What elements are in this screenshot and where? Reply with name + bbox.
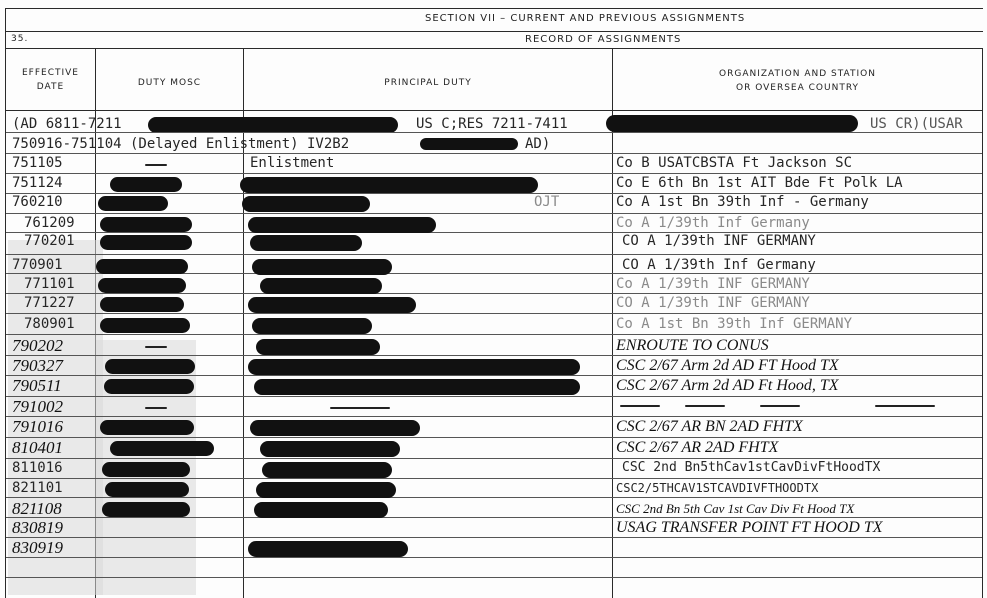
row-organization: Co A 1st Bn 39th Inf - Germany <box>616 194 869 210</box>
row-rule <box>6 132 982 133</box>
redaction-bar <box>110 441 214 456</box>
row-effective-date: 830919 <box>12 539 63 557</box>
redaction-bar <box>256 482 396 498</box>
row-rule <box>6 577 982 578</box>
redaction-bar <box>248 297 416 313</box>
row-rule <box>6 497 982 498</box>
header-organization: ORGANIZATION AND STATION OR OVERSEA COUN… <box>613 67 982 95</box>
redaction-bar <box>148 117 398 133</box>
row-organization: Co A 1/39th INF GERMANY <box>616 276 810 292</box>
row-effective-date: 780901 <box>24 316 75 332</box>
row-rule <box>6 232 982 233</box>
row-organization: CSC 2/67 Arm 2d AD Ft Hood, TX <box>616 377 839 395</box>
row-organization: CSC 2/67 AR BN 2AD FHTX <box>616 418 803 436</box>
redaction-bar <box>98 196 168 211</box>
row-rule <box>6 254 982 255</box>
row-rule <box>6 478 982 479</box>
row-mosc-dash <box>145 346 167 348</box>
row-organization: CO A 1/39th INF GERMANY <box>616 295 810 311</box>
row-duty-dash <box>330 407 390 409</box>
row-rule <box>6 355 982 356</box>
section-title: SECTION VII – CURRENT AND PREVIOUS ASSIG… <box>425 13 745 24</box>
redaction-bar <box>98 278 186 293</box>
row-effective-date: 771101 <box>24 276 75 292</box>
redaction-bar <box>256 339 380 355</box>
row-rule <box>6 537 982 538</box>
row-organization: USAG TRANSFER POINT FT HOOD TX <box>616 519 883 537</box>
row-organization: ENROUTE TO CONUS <box>616 337 769 355</box>
row-effective-date: 821108 <box>12 500 62 518</box>
row-rule <box>6 213 982 214</box>
row-org-dash <box>875 405 935 407</box>
top-border <box>5 8 983 9</box>
row-effective-date: 751105 <box>12 155 63 171</box>
redaction-bar <box>102 502 190 517</box>
row-effective-date: 751124 <box>12 175 63 191</box>
row-org-dash <box>620 405 660 407</box>
redaction-bar <box>240 177 538 193</box>
prior-service-line2-left: 750916-751104 (Delayed Enlistment) IV2B2 <box>12 136 349 152</box>
row-organization: CO A 1/39th Inf Germany <box>622 257 816 273</box>
row-effective-date: 790327 <box>12 357 63 375</box>
row-effective-date: 811016 <box>12 460 63 476</box>
row-effective-date: 761209 <box>24 215 75 231</box>
redaction-bar <box>96 259 188 274</box>
assignment-record-form: SECTION VII – CURRENT AND PREVIOUS ASSIG… <box>0 0 987 598</box>
row-organization: CSC 2nd Bn 5th Cav 1st Cav Div Ft Hood T… <box>616 500 854 518</box>
row-organization: CO A 1/39th INF GERMANY <box>622 233 816 249</box>
row-organization: Co B USATCBSTA Ft Jackson SC <box>616 155 852 171</box>
row-effective-date: 771227 <box>24 295 75 311</box>
left-border <box>5 8 6 598</box>
row-effective-date: 790202 <box>12 337 63 355</box>
row-rule <box>6 375 982 376</box>
prior-service-line1-mid: US C;RES 7211-7411 <box>416 116 568 132</box>
header-duty-mosc: DUTY MOSC <box>96 76 243 90</box>
redaction-bar <box>100 420 194 435</box>
section-divider <box>5 31 983 32</box>
row-effective-date: 791002 <box>12 398 63 416</box>
redaction-bar <box>100 235 192 250</box>
redaction-bar <box>102 462 190 477</box>
row-organization: CSC 2/67 Arm 2d AD FT Hood TX <box>616 357 839 375</box>
redaction-bar <box>420 138 518 150</box>
row-effective-date: 830819 <box>12 519 63 537</box>
redaction-bar <box>254 502 388 518</box>
right-border <box>982 48 983 598</box>
row-effective-date: 821101 <box>12 480 63 496</box>
row-effective-date: 770201 <box>24 233 75 249</box>
header-bottom <box>5 110 983 111</box>
redaction-bar <box>248 541 408 557</box>
redaction-bar <box>252 259 392 275</box>
header-effective-date: EFFECTIVE DATE <box>6 66 95 94</box>
redaction-bar <box>105 482 189 497</box>
row-rule <box>6 396 982 397</box>
redaction-bar <box>262 462 392 478</box>
prior-service-line1-right: US CR)(USAR <box>870 116 963 132</box>
redaction-bar <box>100 217 192 232</box>
row-rule <box>6 334 982 335</box>
row-organization: Co A 1/39th Inf Germany <box>616 215 810 231</box>
row-effective-date: 790511 <box>12 377 62 395</box>
redaction-bar <box>248 359 580 375</box>
row-effective-date: 770901 <box>12 257 63 273</box>
row-organization: Co E 6th Bn 1st AIT Bde Ft Polk LA <box>616 175 903 191</box>
redaction-bar <box>105 359 195 374</box>
header-principal-duty: PRINCIPAL DUTY <box>244 76 612 90</box>
redaction-bar <box>100 318 190 333</box>
prior-service-line2-right: AD) <box>525 136 550 152</box>
row-mosc-dash <box>145 407 167 409</box>
record-title: RECORD OF ASSIGNMENTS <box>525 34 681 45</box>
row-org-dash <box>685 405 725 407</box>
item-number: 35. <box>11 34 28 44</box>
row-organization: CSC2/5THCAV1STCAVDIVFTHOODTX <box>616 480 818 496</box>
redaction-bar <box>250 235 362 251</box>
redaction-bar <box>606 115 858 132</box>
row-organization: Co A 1st Bn 39th Inf GERMANY <box>616 316 852 332</box>
row-mosc-dash <box>145 164 167 166</box>
redaction-bar <box>100 297 184 312</box>
redaction-bar <box>242 196 370 212</box>
record-divider <box>5 48 983 49</box>
row-org-dash <box>760 405 800 407</box>
redaction-bar <box>260 278 382 294</box>
prior-service-line1-left: (AD 6811-7211 <box>12 116 122 132</box>
redaction-bar <box>110 177 182 192</box>
row-effective-date: 791016 <box>12 418 63 436</box>
row-organization: CSC 2/67 AR 2AD FHTX <box>616 439 778 457</box>
row-rule <box>6 293 982 294</box>
row-rule <box>6 416 982 417</box>
row-rule <box>6 173 982 174</box>
redaction-bar <box>248 217 436 233</box>
row-effective-date: 760210 <box>12 194 63 210</box>
row-principal-duty: Enlistment <box>250 155 334 171</box>
redaction-bar <box>252 318 372 334</box>
row-rule <box>6 153 982 154</box>
row-rule <box>6 458 982 459</box>
redaction-bar <box>254 379 580 395</box>
row-effective-date: 810401 <box>12 439 63 457</box>
row-organization: CSC 2nd Bn5thCav1stCavDivFtHoodTX <box>622 460 880 476</box>
row-rule <box>6 437 982 438</box>
row-rule <box>6 313 982 314</box>
row-rule <box>6 557 982 558</box>
row-duty-suffix: OJT <box>534 194 559 210</box>
redaction-bar <box>250 420 420 436</box>
redaction-bar <box>104 379 194 394</box>
redaction-bar <box>260 441 400 457</box>
